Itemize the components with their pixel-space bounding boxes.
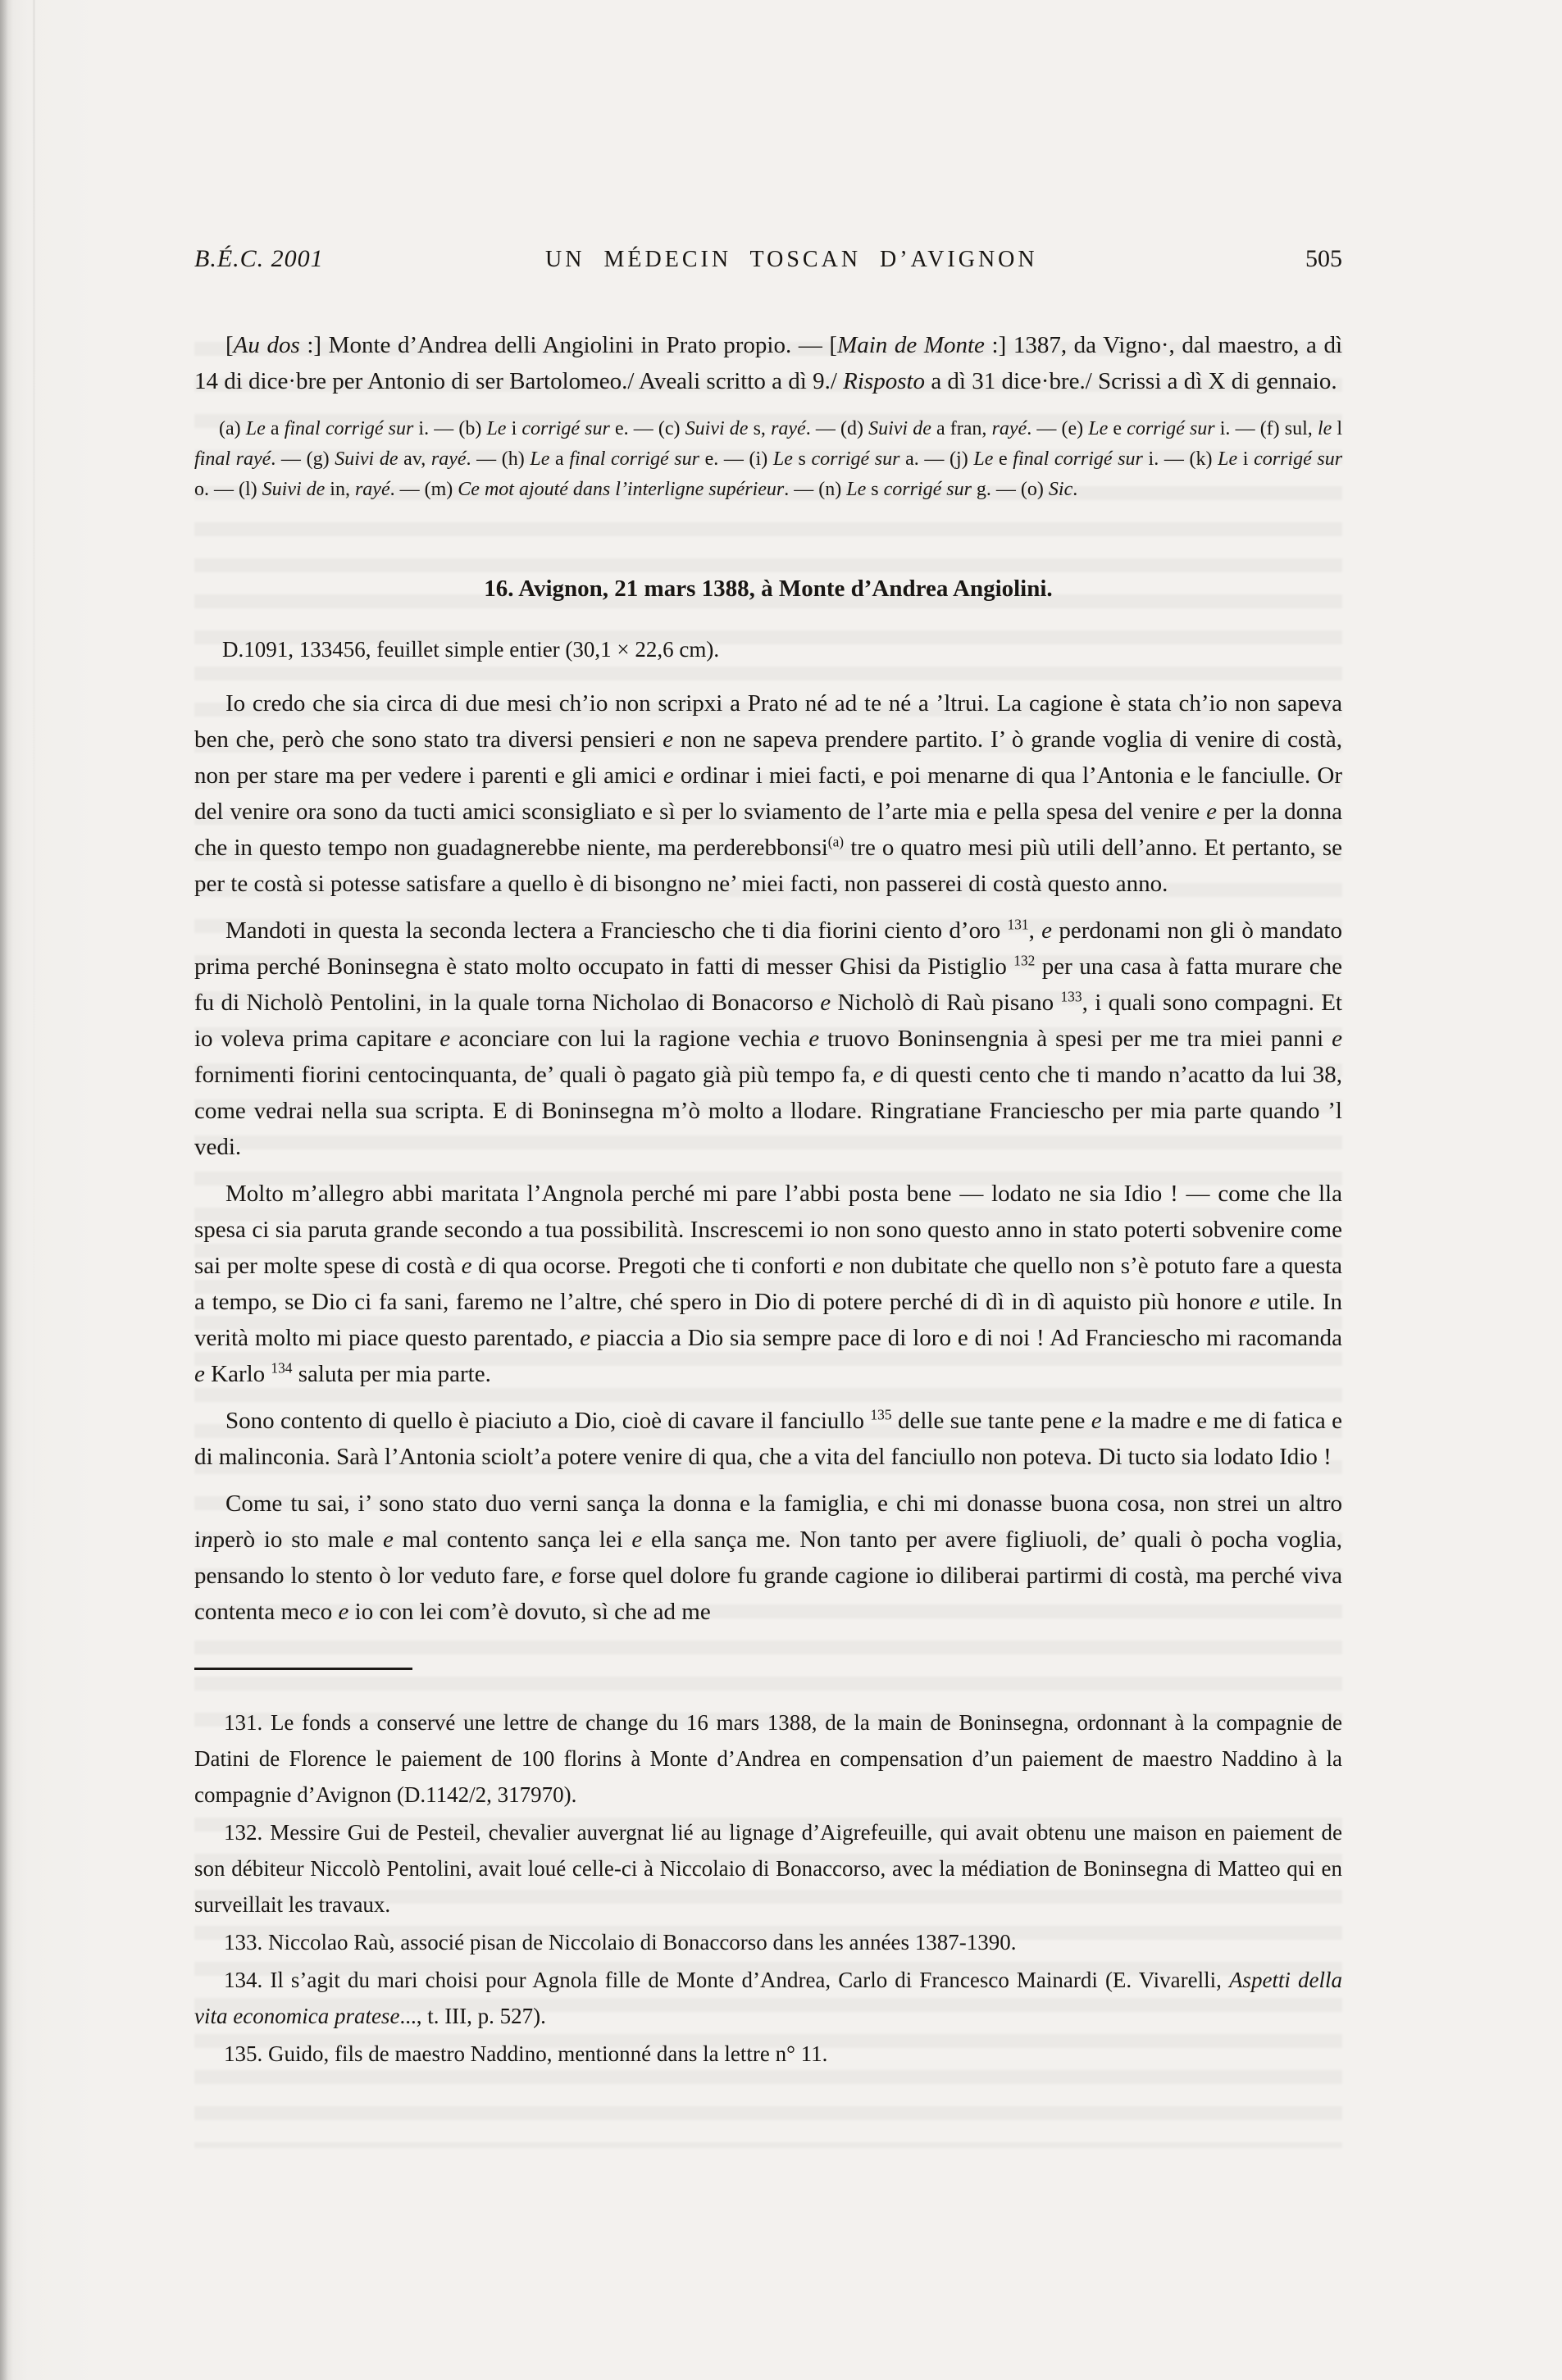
address-note: [Au dos :] Monte d’Andrea delli Angiolin… [194,327,1342,399]
running-head: B.É.C. 2001 UN MÉDECIN TOSCAN D’AVIGNON … [194,244,1342,275]
letter-paragraph: Come tu sai, i’ sono stato duo verni san… [194,1486,1342,1630]
paper-crease [33,0,35,2380]
letter-heading: 16. Avignon, 21 mars 1388, à Monte d’And… [194,574,1342,603]
letter-paragraph: Molto m’allegro abbi maritata l’Angnola … [194,1176,1342,1392]
footnote: 135. Guido, fils de maestro Naddino, men… [194,2036,1342,2072]
page-edge-shadow [0,0,13,2380]
letter-paragraph: Sono contento di quello è piaciuto a Dio… [194,1403,1342,1475]
footnote: 132. Messire Gui de Pesteil, chevalier a… [194,1814,1342,1923]
letter-body: Io credo che sia circa di due mesi ch’io… [194,685,1342,1630]
scanned-page-sheet: B.É.C. 2001 UN MÉDECIN TOSCAN D’AVIGNON … [0,0,1562,2380]
page-content: B.É.C. 2001 UN MÉDECIN TOSCAN D’AVIGNON … [194,244,1342,2072]
source-line: D.1091, 133456, feuillet simple entier (… [194,635,1342,664]
footnote: 134. Il s’agit du mari choisi pour Agnol… [194,1962,1342,2034]
journal-volume-label: B.É.C. 2001 [194,244,324,274]
letter-paragraph: Io credo che sia circa di due mesi ch’io… [194,685,1342,902]
critical-apparatus: (a) Le a final corrigé sur i. — (b) Le i… [194,414,1342,505]
page-number: 505 [1305,244,1342,274]
footnote-separator-rule [194,1668,412,1670]
footnote: 131. Le fonds a conservé une lettre de c… [194,1704,1342,1813]
running-title: UN MÉDECIN TOSCAN D’AVIGNON [545,245,1038,275]
footnote: 133. Niccolao Raù, associé pisan de Nicc… [194,1924,1342,1960]
footnotes: 131. Le fonds a conservé une lettre de c… [194,1704,1342,2072]
letter-paragraph: Mandoti in questa la seconda lectera a F… [194,912,1342,1165]
